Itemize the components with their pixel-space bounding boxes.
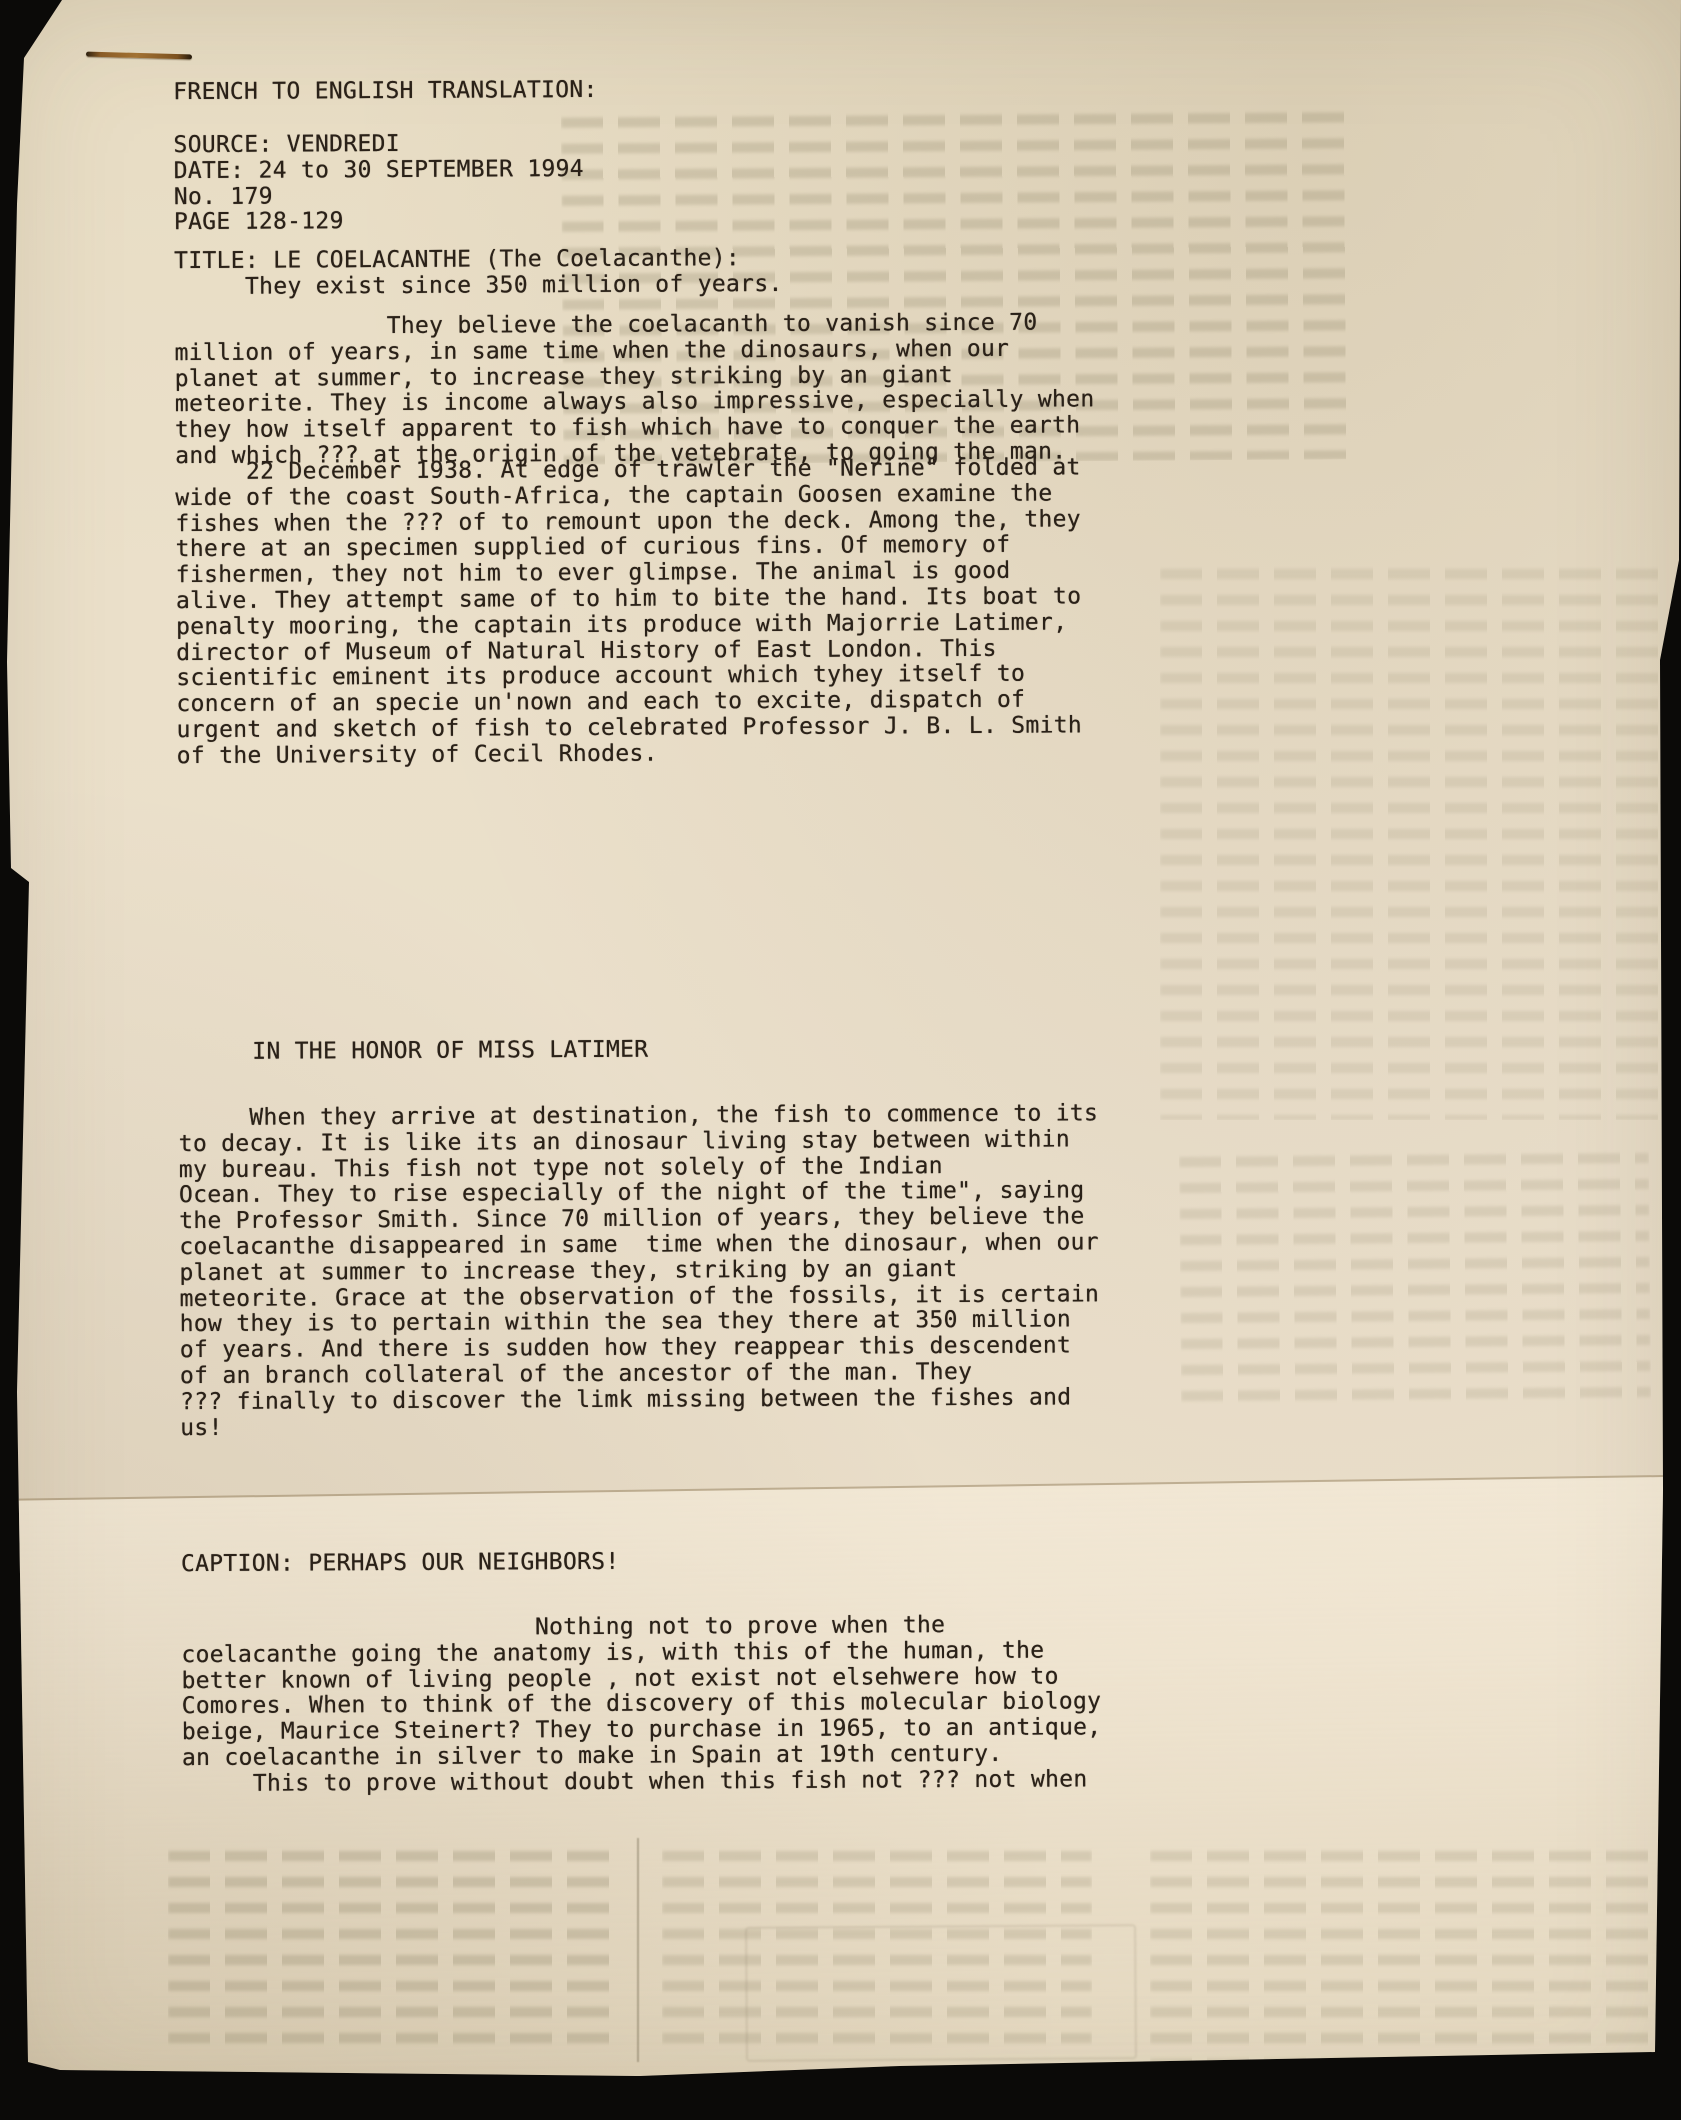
translation-direction-header: FRENCH TO ENGLISH TRANSLATION: [173,78,598,106]
neighbors-paragraph: Nothing not to prove when the coelacanth… [181,1612,1102,1797]
source-meta-block: SOURCE: VENDREDI DATE: 24 to 30 SEPTEMBE… [173,131,584,236]
typewritten-text: FRENCH TO ENGLISH TRANSLATION: SOURCE: V… [0,0,1681,2120]
photo-backdrop: FRENCH TO ENGLISH TRANSLATION: SOURCE: V… [0,0,1681,2120]
latimer-section-heading: IN THE HONOR OF MISS LATIMER [252,1038,648,1066]
discovery-paragraph: 22 December 1938. At edge of trawler the… [175,455,1082,769]
caption-heading: CAPTION: PERHAPS OUR NEIGHBORS! [181,1550,620,1578]
intro-paragraph: They believe the coelacanth to vanish si… [174,310,1094,470]
document-page: FRENCH TO ENGLISH TRANSLATION: SOURCE: V… [0,0,1681,2120]
title-block: TITLE: LE COELACANTHE (The Coelacanthe):… [174,246,783,301]
latimer-paragraph: When they arrive at destination, the fis… [179,1101,1100,1441]
